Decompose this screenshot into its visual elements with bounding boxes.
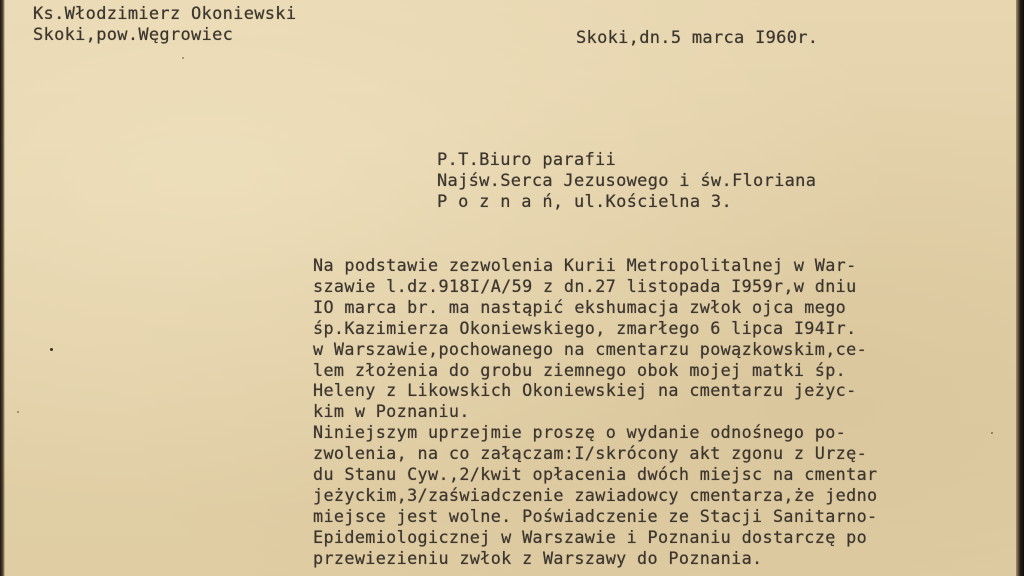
paper-speck bbox=[17, 411, 19, 413]
body-line: IO marca br. ma nastąpić ekshumacja zwło… bbox=[313, 297, 877, 318]
body-line: śp.Kazimierza Okoniewskiego, zmarłego 6 … bbox=[313, 318, 877, 339]
paper-speck bbox=[991, 432, 993, 434]
body-line: w Warszawie,pochowanego na cmentarzu pow… bbox=[313, 339, 877, 360]
body-line: Niniejszym uprzejmie proszę o wydanie od… bbox=[313, 422, 877, 443]
date-line: Skoki,dn.5 marca I960r. bbox=[576, 28, 818, 49]
body-line: kim w Poznaniu. bbox=[313, 401, 877, 422]
body-line: przewiezieniu zwłok z Warszawy do Poznan… bbox=[313, 548, 877, 569]
recipient-line: P.T.Biuro parafii bbox=[437, 150, 816, 171]
recipient-line: Najśw.Serca Jezusowego i św.Floriana bbox=[437, 171, 816, 192]
body-line: zwolenia, na co załączam:I/skrócony akt … bbox=[313, 443, 877, 464]
body-line: szawie l.dz.918I/A/59 z dn.27 listopada … bbox=[313, 276, 877, 297]
paper-speck bbox=[182, 57, 184, 59]
recipient-line: P o z n a ń, ul.Kościelna 3. bbox=[437, 192, 816, 213]
body-line: jeżyckim,3/zaświadczenie zawiadowcy cmen… bbox=[313, 485, 877, 506]
sender-block: Ks.Włodzimierz OkoniewskiSkoki,pow.Węgro… bbox=[33, 4, 296, 46]
paper-speck bbox=[50, 348, 53, 351]
sender-address: Skoki,pow.Węgrowiec bbox=[33, 25, 296, 46]
scan-edge-left bbox=[0, 0, 5, 576]
body-line: miejsce jest wolne. Poświadczenie ze Sta… bbox=[313, 506, 877, 527]
body-line: Na podstawie zezwolenia Kurii Metropolit… bbox=[313, 255, 877, 276]
body-line: lem złożenia do grobu ziemnego obok moje… bbox=[313, 360, 877, 381]
recipient-block: P.T.Biuro parafiiNajśw.Serca Jezusowego … bbox=[437, 150, 816, 214]
body-line: Heleny z Likowskich Okoniewskiej na cmen… bbox=[313, 380, 877, 401]
sender-name: Ks.Włodzimierz Okoniewski bbox=[33, 4, 296, 25]
body-line: Epidemiologicznej w Warszawie i Poznaniu… bbox=[313, 527, 877, 548]
body-line: du Stanu Cyw.,2/kwit opłacenia dwóch mie… bbox=[313, 464, 877, 485]
scan-edge-right bbox=[1016, 0, 1024, 576]
letter-body: Na podstawie zezwolenia Kurii Metropolit… bbox=[313, 255, 877, 569]
